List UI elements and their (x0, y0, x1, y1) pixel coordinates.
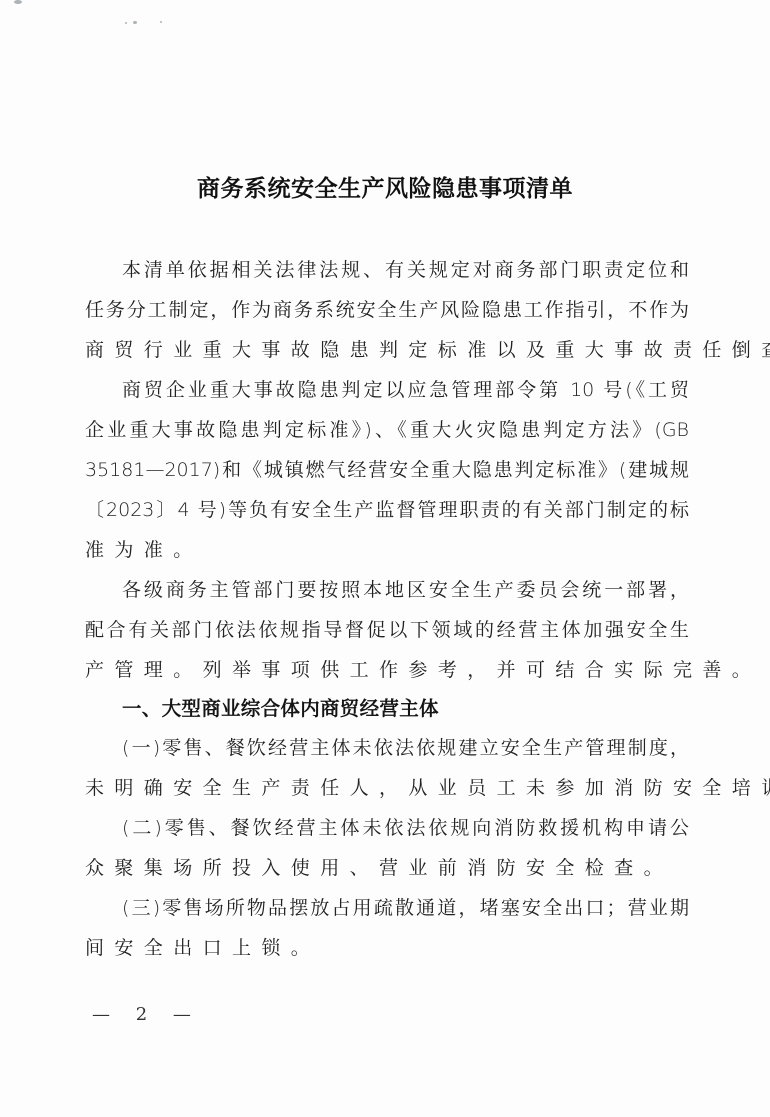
item-2-line-1: (二)零售、餐饮经营主体未依法依规向消防救援机构申请公 (122, 815, 689, 841)
paragraph-1-line-1: 本清单依据相关法律法规、有关规定对商务部门职责定位和 (122, 257, 689, 283)
paragraph-3-line-1: 各级商务主管部门要按照本地区安全生产委员会统一部署， (122, 577, 689, 603)
paragraph-2-line-1: 商贸企业重大事故隐患判定以应急管理部令第 10 号(《工贸 (122, 377, 689, 403)
paragraph-1-line-3: 商贸行业重大事故隐患判定标准以及重大事故责任倒查依据。 (85, 337, 689, 363)
scan-artifact (160, 21, 162, 23)
paragraph-3-line-3: 产管理。列举事项供工作参考，并可结合实际完善。 (85, 657, 689, 683)
paragraph-1-line-2: 任务分工制定，作为商务系统安全生产风险隐患工作指引，不作为 (85, 297, 689, 323)
item-1-line-1: (一)零售、餐饮经营主体未依法依规建立安全生产管理制度， (122, 735, 689, 761)
paragraph-3-line-2: 配合有关部门依法依规指导督促以下领域的经营主体加强安全生 (85, 617, 689, 643)
paragraph-2-line-5: 准为准。 (85, 537, 689, 563)
scan-artifact (14, 0, 22, 4)
page-number: — 2 — (92, 1004, 201, 1025)
item-3-line-2: 间安全出口上锁。 (85, 935, 689, 961)
item-1-line-2: 未明确安全生产责任人，从业员工未参加消防安全培训。 (85, 775, 689, 801)
scan-artifact (125, 22, 127, 24)
paragraph-2-line-4: 〔2023〕4 号)等负有安全生产监督管理职责的有关部门制定的标 (85, 497, 689, 523)
item-2-line-2: 众聚集场所投入使用、营业前消防安全检查。 (85, 855, 689, 881)
paragraph-2-line-2: 企业重大事故隐患判定标准》)、《重大火灾隐患判定方法》(GB (85, 417, 689, 443)
paragraph-2-line-3: 35181—2017)和《城镇燃气经营安全重大隐患判定标准》(建城规 (85, 457, 689, 483)
item-3-line-1: (三)零售场所物品摆放占用疏散通道，堵塞安全出口；营业期 (122, 895, 689, 921)
section-heading: 一、大型商业综合体内商贸经营主体 (122, 693, 439, 721)
document-page: 商务系统安全生产风险隐患事项清单 本清单依据相关法律法规、有关规定对商务部门职责… (0, 0, 770, 1117)
scan-artifact (133, 21, 137, 24)
document-title: 商务系统安全生产风险隐患事项清单 (0, 170, 770, 203)
